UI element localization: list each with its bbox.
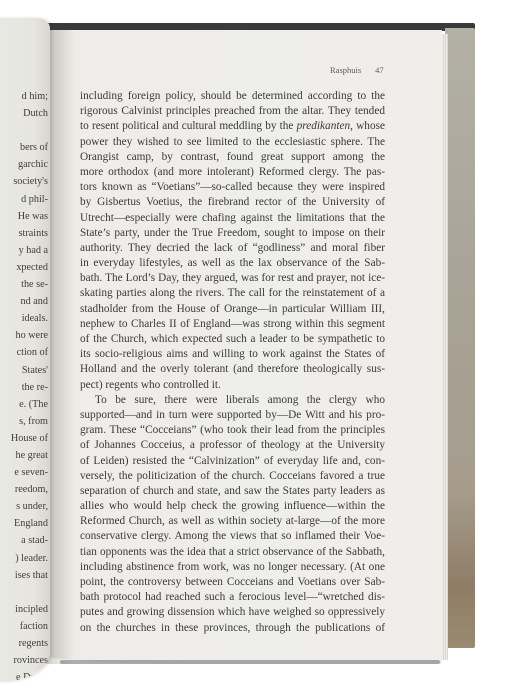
left-line: nd and [0, 293, 48, 310]
left-line: faction [0, 618, 48, 635]
left-line: e. (The [0, 396, 48, 413]
left-line: ho were [0, 327, 48, 344]
running-head-title: Rasphuis [330, 65, 361, 75]
text-line: of Johannes Cocceius, a professor of the… [80, 438, 385, 453]
text-line: bath. The Lord’s Day, they argued, was f… [80, 271, 385, 286]
left-line: e Dutch [0, 669, 48, 682]
left-line: xpected [0, 259, 48, 276]
left-line: House of [0, 430, 48, 447]
text-line: conservative clergy. Among the views tha… [80, 529, 385, 544]
text-line: including foreign policy, should be dete… [80, 89, 385, 104]
text-line: of the Church, which expected such a lea… [80, 332, 385, 347]
text-line: tian opponents was the idea that a stric… [80, 545, 385, 560]
text-line: versely, the politicization of the churc… [80, 469, 385, 484]
left-line: rovinces [0, 652, 48, 669]
text-line: bath protocol had reached such a ferocio… [80, 590, 385, 605]
left-line: s, from [0, 413, 48, 430]
book-cover-right-edge [445, 28, 475, 648]
text-line: State’s party, under the True Freedom, s… [80, 226, 385, 241]
text-line: by Gisbertus Voetius, the firebrand rect… [80, 195, 385, 210]
left-line: s under, [0, 498, 48, 515]
left-line: society's [0, 173, 48, 190]
text-line: in everyday lifestyles, as well as the l… [80, 256, 385, 271]
text-line: tors known as “Voetians”—so-called becau… [80, 180, 385, 195]
left-line: y had a [0, 242, 48, 259]
page-number: 47 [375, 65, 384, 75]
left-line: ideals. [0, 310, 48, 327]
text-line: stadholder from the House of Orange—in p… [80, 302, 385, 317]
text-line: power they wished to see limited to the … [80, 135, 385, 150]
text-line: Reformed Church, as well as within socie… [80, 514, 385, 529]
left-line: he great [0, 447, 48, 464]
left-page-text: d him; Dutch bers of garchic society's d… [0, 88, 48, 682]
text-line: supported—and in turn were supported by—… [80, 408, 385, 423]
text-line: separation of church and state, and saw … [80, 484, 385, 499]
left-line: ction of [0, 344, 48, 361]
text-line-tail: , whose [350, 120, 385, 132]
text-line: point, the controversy between Cocceians… [80, 575, 385, 590]
text-line: nephew to Charles II of England—was stro… [80, 317, 385, 332]
text-line: To be sure, there were liberals among th… [80, 393, 385, 408]
italic-term: predikanten [297, 120, 351, 132]
left-line: incipled [0, 601, 48, 618]
left-line: He was [0, 208, 48, 225]
left-line: d phil- [0, 191, 48, 208]
left-line: d him; [0, 88, 48, 105]
left-line: reedom, [0, 481, 48, 498]
left-line: ises that [0, 567, 48, 584]
left-line: the re- [0, 379, 48, 396]
text-line-head: to resent political and cultural meddlin… [80, 120, 297, 132]
left-line: the se- [0, 276, 48, 293]
left-line: a stad- [0, 532, 48, 549]
text-line: on the churches in these provinces, thro… [80, 621, 385, 636]
text-line: to resent political and cultural meddlin… [80, 119, 385, 134]
text-line: Orangist camp, by contrast, found great … [80, 150, 385, 165]
left-line: straints [0, 225, 48, 242]
open-book-photo: d him; Dutch bers of garchic society's d… [0, 0, 513, 700]
text-line: its socio-religious aims and willing to … [80, 347, 385, 362]
text-line: rigorous Calvinist principles preached f… [80, 104, 385, 119]
left-line: States' [0, 362, 48, 379]
text-line: more orthodox (and more intolerant) Refo… [80, 165, 385, 180]
left-line: e seven- [0, 464, 48, 481]
text-line: authority. They decried the lack of “god… [80, 241, 385, 256]
left-line: Dutch [0, 105, 48, 122]
left-line [0, 122, 48, 139]
text-line: gram. These “Cocceians” (who took their … [80, 423, 385, 438]
text-line: allies who would help check the growing … [80, 499, 385, 514]
text-line: skating parties along the rivers. The ca… [80, 286, 385, 301]
left-page: d him; Dutch bers of garchic society's d… [0, 18, 50, 682]
page-bottom-shadow [60, 660, 440, 664]
left-line [0, 584, 48, 601]
running-head: Rasphuis 47 [330, 65, 430, 75]
text-line: Utrecht—especially were chafing against … [80, 211, 385, 226]
text-line: Holland and the overly tolerant (and the… [80, 362, 385, 377]
text-line: including abstinence from work, was no l… [80, 560, 385, 575]
left-line: bers of [0, 139, 48, 156]
text-line: of Leiden) resisted the “Calvinization” … [80, 454, 385, 469]
left-line: regents [0, 635, 48, 652]
left-line: ) leader. [0, 550, 48, 567]
right-page-body-text: including foreign policy, should be dete… [80, 89, 385, 636]
left-line: England [0, 515, 48, 532]
text-line: pect) regents who controlled it. [80, 378, 385, 393]
text-line: putes and growing dissension which have … [80, 605, 385, 620]
left-line: garchic [0, 156, 48, 173]
